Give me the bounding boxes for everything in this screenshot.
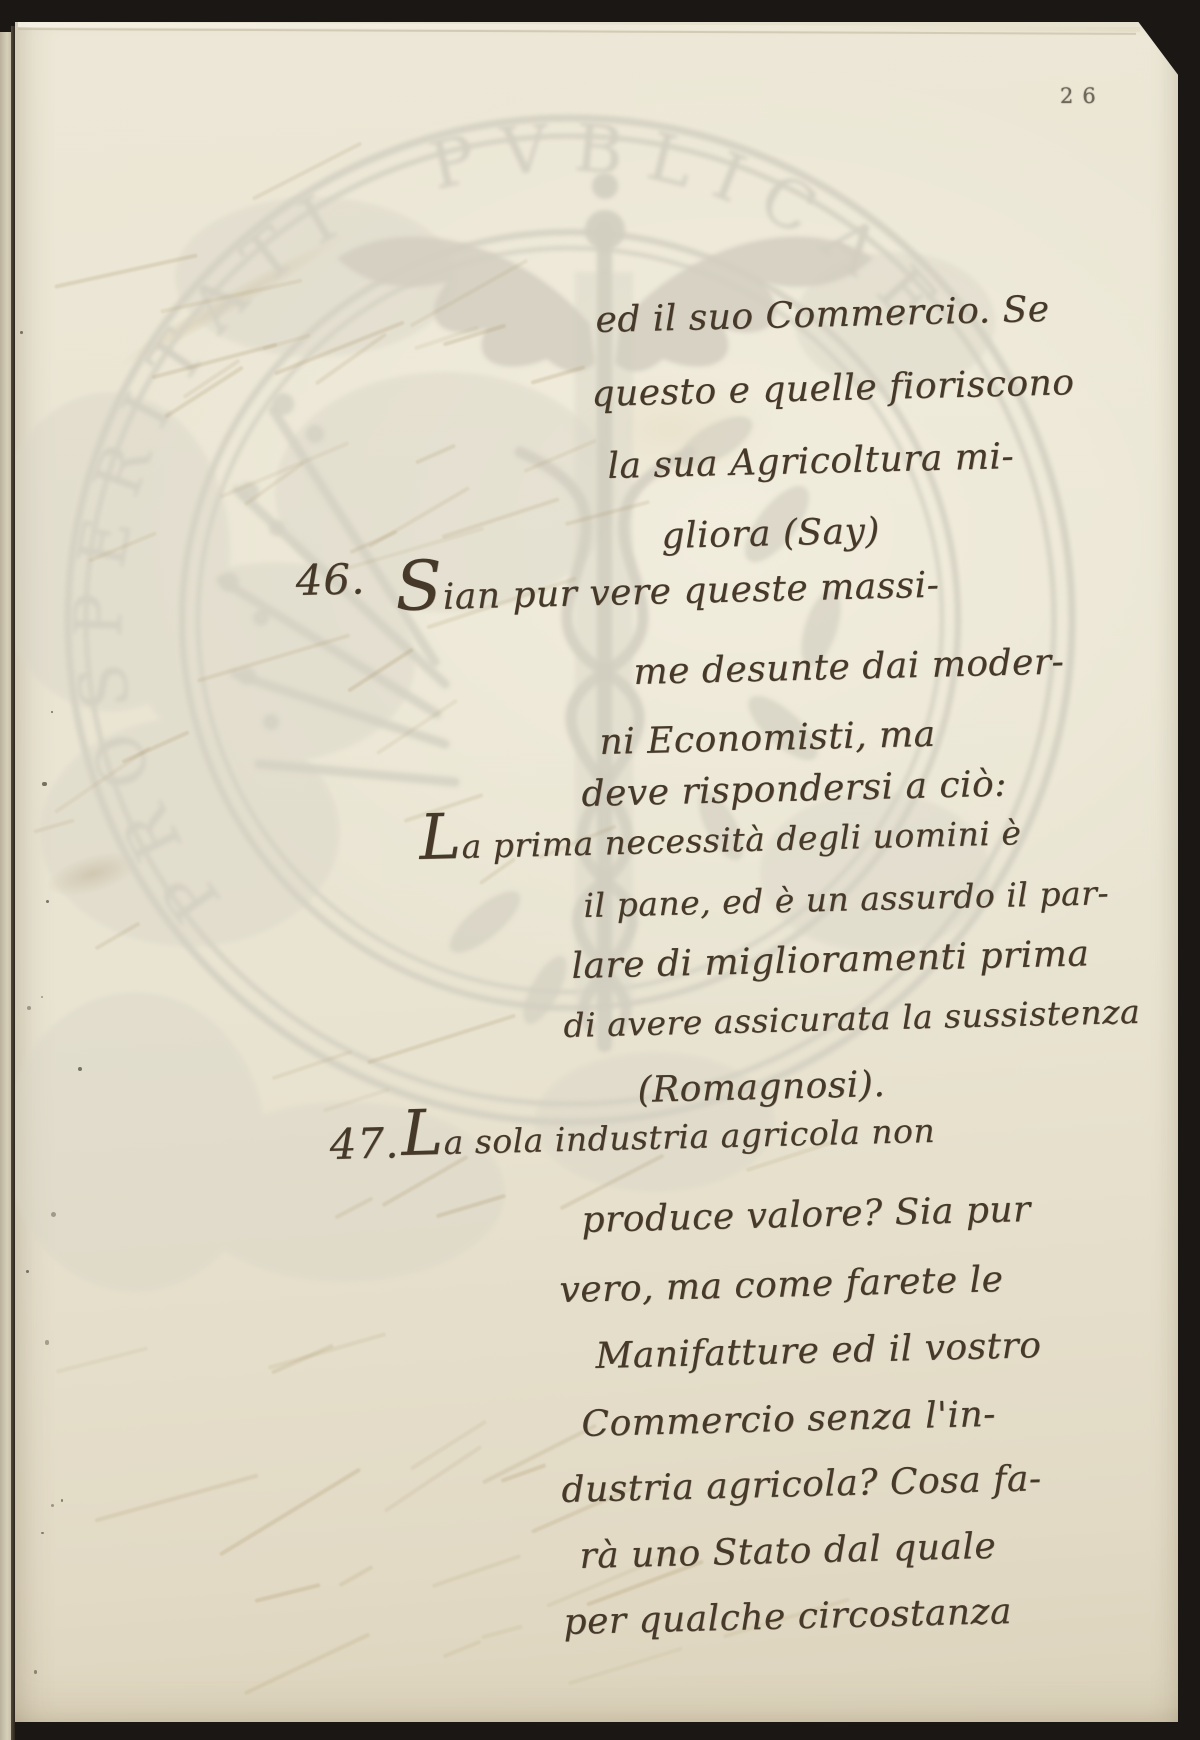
manuscript-line: ni Economisti, ma (599, 714, 936, 763)
manuscript-line: questo e quelle fioriscono (591, 362, 1075, 415)
manuscript-line: di avere assicurata la sussistenza (563, 992, 1141, 1045)
manuscript-line: Sian pur vere queste massi- (395, 565, 940, 619)
item-number-47: 47. (329, 1118, 400, 1169)
manuscript-line: produce valore? Sia pur (581, 1189, 1031, 1241)
manuscript-line: gliora (Say) (661, 511, 880, 557)
manuscript-line: lare di miglioramenti prima (571, 933, 1090, 987)
manuscript-line: ed il suo Commercio. Se (595, 289, 1050, 341)
manuscript-line: il pane, ed è un assurdo il par- (583, 873, 1109, 925)
manuscript-line: Commercio senza l'in- (581, 1394, 996, 1445)
manuscript-text-block: ed il suo Commercio. Se questo e quelle … (15, 22, 1178, 1722)
manuscript-line: La sola industria agricola non (401, 1111, 936, 1163)
page-number-stamp: 26 (1060, 84, 1105, 108)
manuscript-line: vero, ma come farete le (559, 1259, 1004, 1311)
manuscript-line: la sua Agricoltura mi- (607, 436, 1015, 487)
scanned-manuscript-screenshot: { "page": { "number": "26", "paper_color… (0, 0, 1200, 1740)
manuscript-line: rà uno Stato dal quale (579, 1526, 997, 1577)
item-number-46: 46. (295, 554, 366, 605)
manuscript-line: dustria agricola? Cosa fa- (561, 1458, 1042, 1511)
manuscript-line: Manifatture ed il vostro (595, 1325, 1042, 1377)
manuscript-line: deve rispondersi a ciò: (581, 764, 1007, 815)
manuscript-line: La prima necessità degli uomini è (419, 813, 1022, 867)
manuscript-line: me desunte dai moder- (633, 641, 1065, 693)
manuscript-line: (Romagnosi). (637, 1064, 886, 1111)
manuscript-line: per qualche circostanza (563, 1591, 1012, 1643)
